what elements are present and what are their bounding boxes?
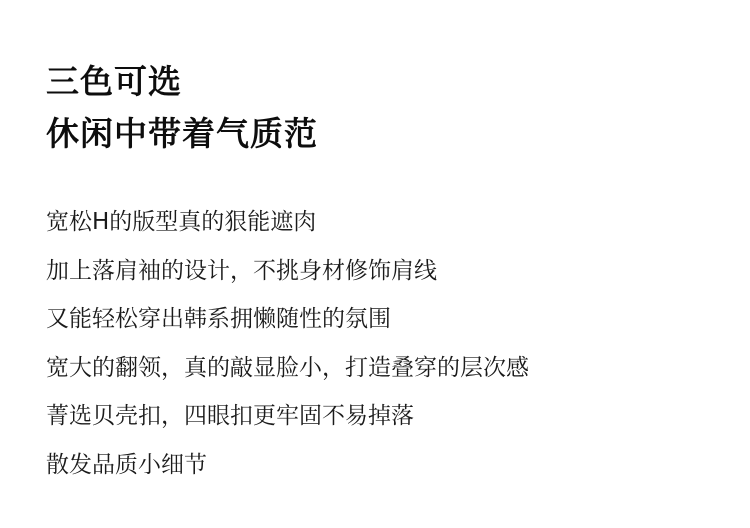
description-text: 宽松H的版型真的狠能遮肉 加上落肩袖的设计，不挑身材修饰肩线 又能轻松穿出韩系拥…	[46, 198, 529, 489]
headline-line-style: 休闲中带着气质范	[46, 108, 318, 160]
description-line: 宽松H的版型真的狠能遮肉	[46, 198, 529, 247]
description-line: 加上落肩袖的设计，不挑身材修饰肩线	[46, 247, 529, 296]
headline-line-colors: 三色可选	[46, 56, 318, 108]
description-line: 宽大的翻领，真的敲显脸小，打造叠穿的层次感	[46, 344, 529, 393]
description-line: 散发品质小细节	[46, 441, 529, 490]
headline: 三色可选 休闲中带着气质范	[46, 56, 318, 160]
description-line: 又能轻松穿出韩系拥懒随性的氛围	[46, 295, 529, 344]
description-line: 菁选贝壳扣，四眼扣更牢固不易掉落	[46, 392, 529, 441]
